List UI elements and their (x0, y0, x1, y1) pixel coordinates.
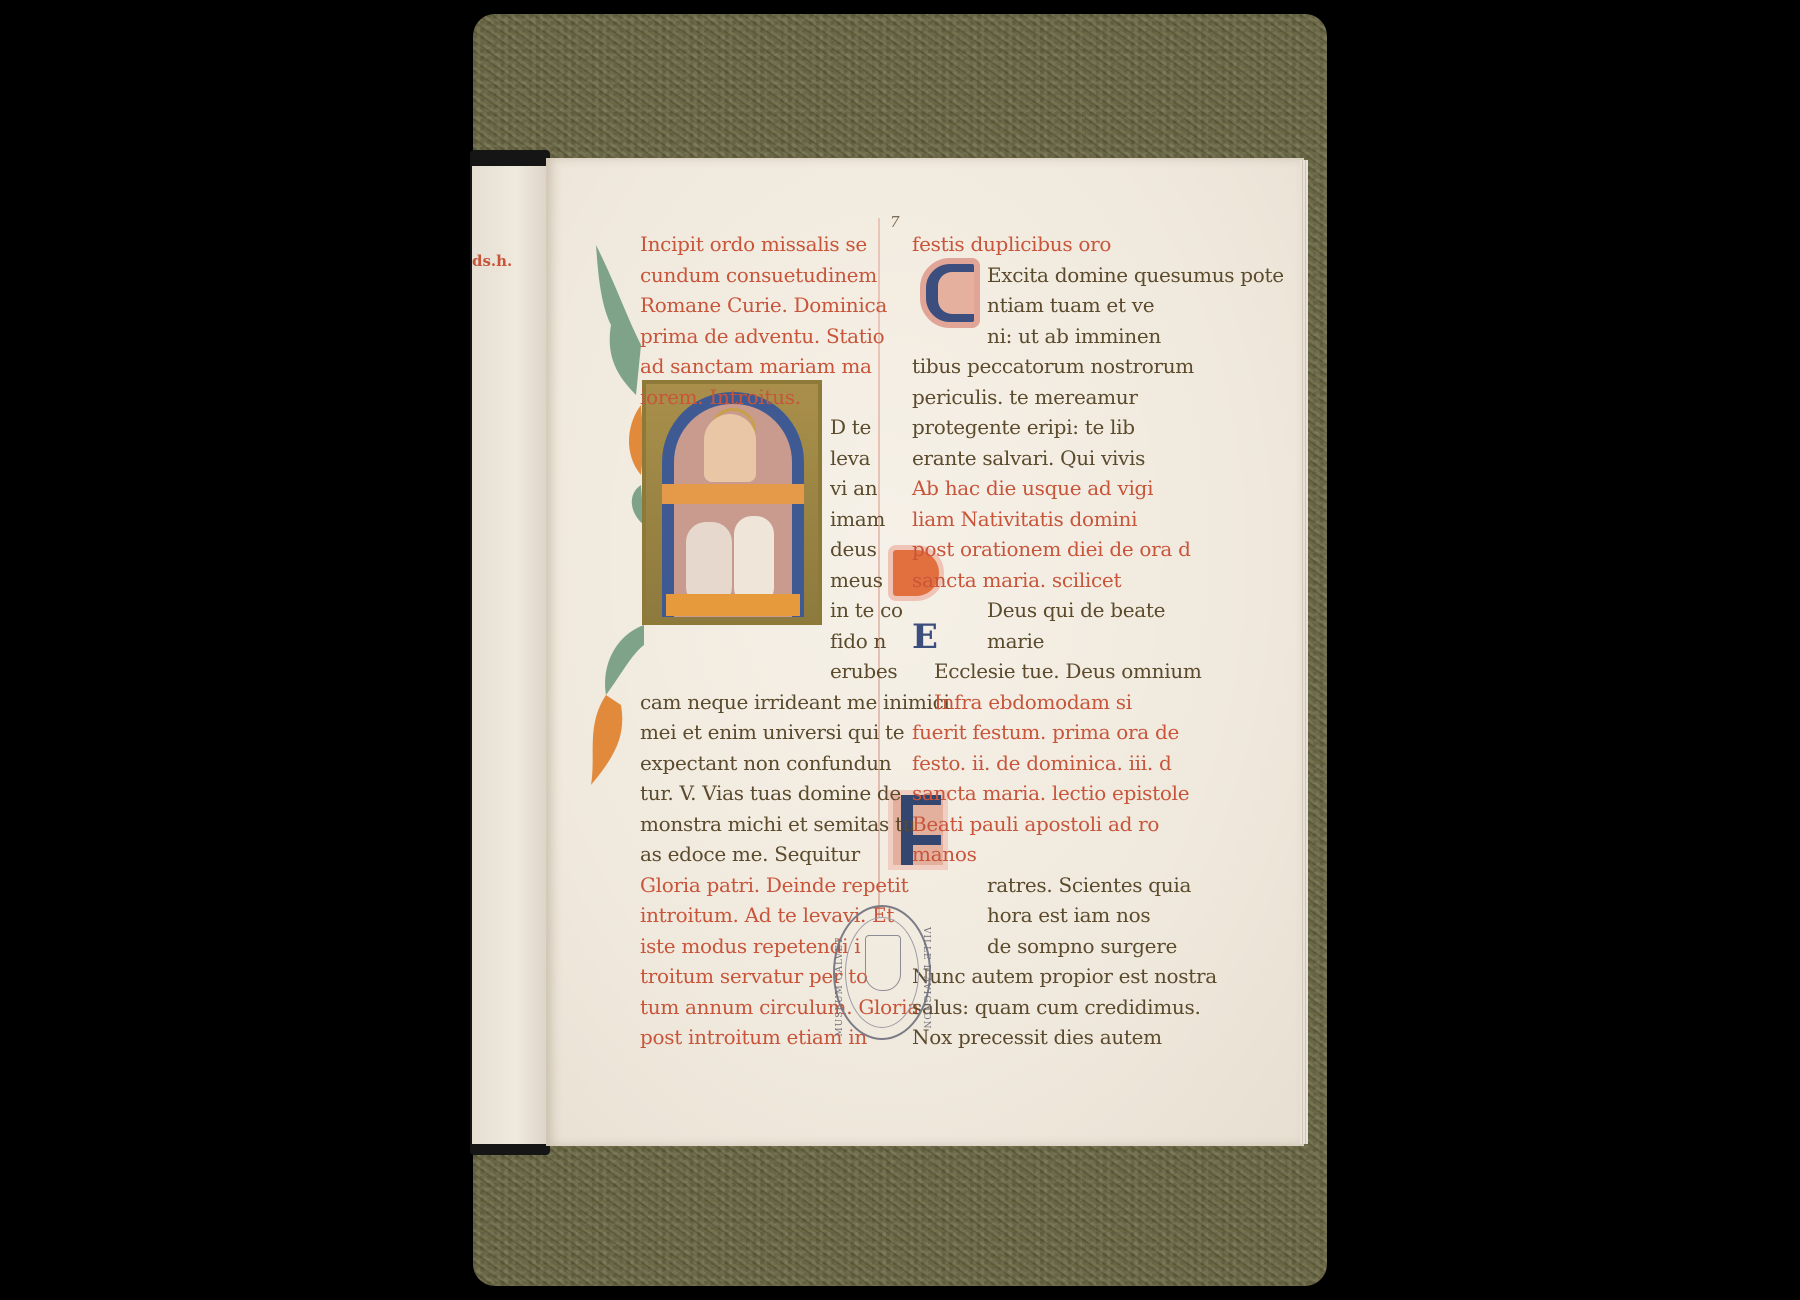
text-line: imam (640, 504, 880, 535)
text-line: fido n (640, 626, 880, 657)
stamp-text-right: VILLE D'AVIGNON (921, 927, 931, 1030)
text-line: iorem. Introitus. (640, 382, 880, 413)
text-line: Romane Curie. Dominica (640, 290, 880, 321)
text-line: festo. ii. de dominica. iii. d (912, 748, 1152, 779)
text-line: marie (912, 626, 1152, 657)
text-line: ad sanctam mariam ma (640, 351, 880, 382)
text-line: vi an (640, 473, 880, 504)
text-line: erubes (640, 656, 880, 687)
text-line: ntiam tuam et ve (912, 290, 1152, 321)
text-line: liam Nativitatis domini (912, 504, 1152, 535)
stamp-text-left: MUSEUM CALVET (835, 937, 845, 1037)
text-column-right: festis duplicibus oro Excita domine ques… (912, 229, 1152, 1053)
text-line: Gloria patri. Deinde repetit (640, 870, 880, 901)
marginal-note: ds.h. (472, 252, 512, 270)
text-line: meus (640, 565, 880, 596)
text-line: Beati pauli apostoli ad ro (912, 809, 1152, 840)
text-line: fuerit festum. prima ora de (912, 717, 1152, 748)
text-line: introitum. Ad te levavi. Et (640, 900, 880, 931)
text-line: sancta maria. scilicet (912, 565, 1152, 596)
text-line: tibus peccatorum nostrorum (912, 351, 1152, 382)
text-line: post orationem diei de ora d (912, 534, 1152, 565)
text-line: cundum consuetudinem (640, 260, 880, 291)
text-line: salus: quam cum credidimus. (912, 992, 1152, 1023)
text-line: ratres. Scientes quia (912, 870, 1152, 901)
text-line: protegente eripi: te lib (912, 412, 1152, 443)
acanthus-leaf-border-icon (586, 245, 646, 785)
text-line: in te co (640, 595, 880, 626)
text-line: mei et enim universi qui te (640, 717, 880, 748)
text-line: D te (640, 412, 880, 443)
text-line: festis duplicibus oro (912, 229, 1152, 260)
text-line: ni: ut ab imminen (912, 321, 1152, 352)
text-line: periculis. te mereamur (912, 382, 1152, 413)
coat-of-arms-icon (865, 935, 901, 991)
text-line: monstra michi et semitas tu (640, 809, 880, 840)
left-leaf: ds.h. (472, 166, 546, 1144)
text-line: manos (912, 839, 1152, 870)
text-line: sancta maria. lectio epistole (912, 778, 1152, 809)
text-line: as edoce me. Sequitur (640, 839, 880, 870)
text-line: hora est iam nos (912, 900, 1152, 931)
text-line: prima de adventu. Statio (640, 321, 880, 352)
text-line: Ab hac die usque ad vigi (912, 473, 1152, 504)
text-line: Nox precessit dies autem (912, 1022, 1152, 1053)
text-line: erante salvari. Qui vivis (912, 443, 1152, 474)
text-line: expectant non confundun (640, 748, 880, 779)
text-line: Nunc autem propior est nostra (912, 961, 1152, 992)
text-line: Deus qui de beate (912, 595, 1152, 626)
text-line: leva (640, 443, 880, 474)
page-edges (1300, 160, 1308, 1144)
text-line: Excita domine quesumus pote (912, 260, 1152, 291)
text-line: Ecclesie tue. Deus omnium (912, 656, 1152, 687)
text-line: deus (640, 534, 880, 565)
text-line: tur. V. Vias tuas domine de (640, 778, 880, 809)
text-line: cam neque irrideant me inimici (640, 687, 880, 718)
library-stamp: VILLE D'AVIGNON MUSEUM CALVET (833, 905, 931, 1040)
folio-number: 7 (890, 213, 900, 231)
text-line: de sompno surgere (912, 931, 1152, 962)
text-line: Incipit ordo missalis se (640, 229, 880, 260)
text-line: Infra ebdomodam si (912, 687, 1152, 718)
